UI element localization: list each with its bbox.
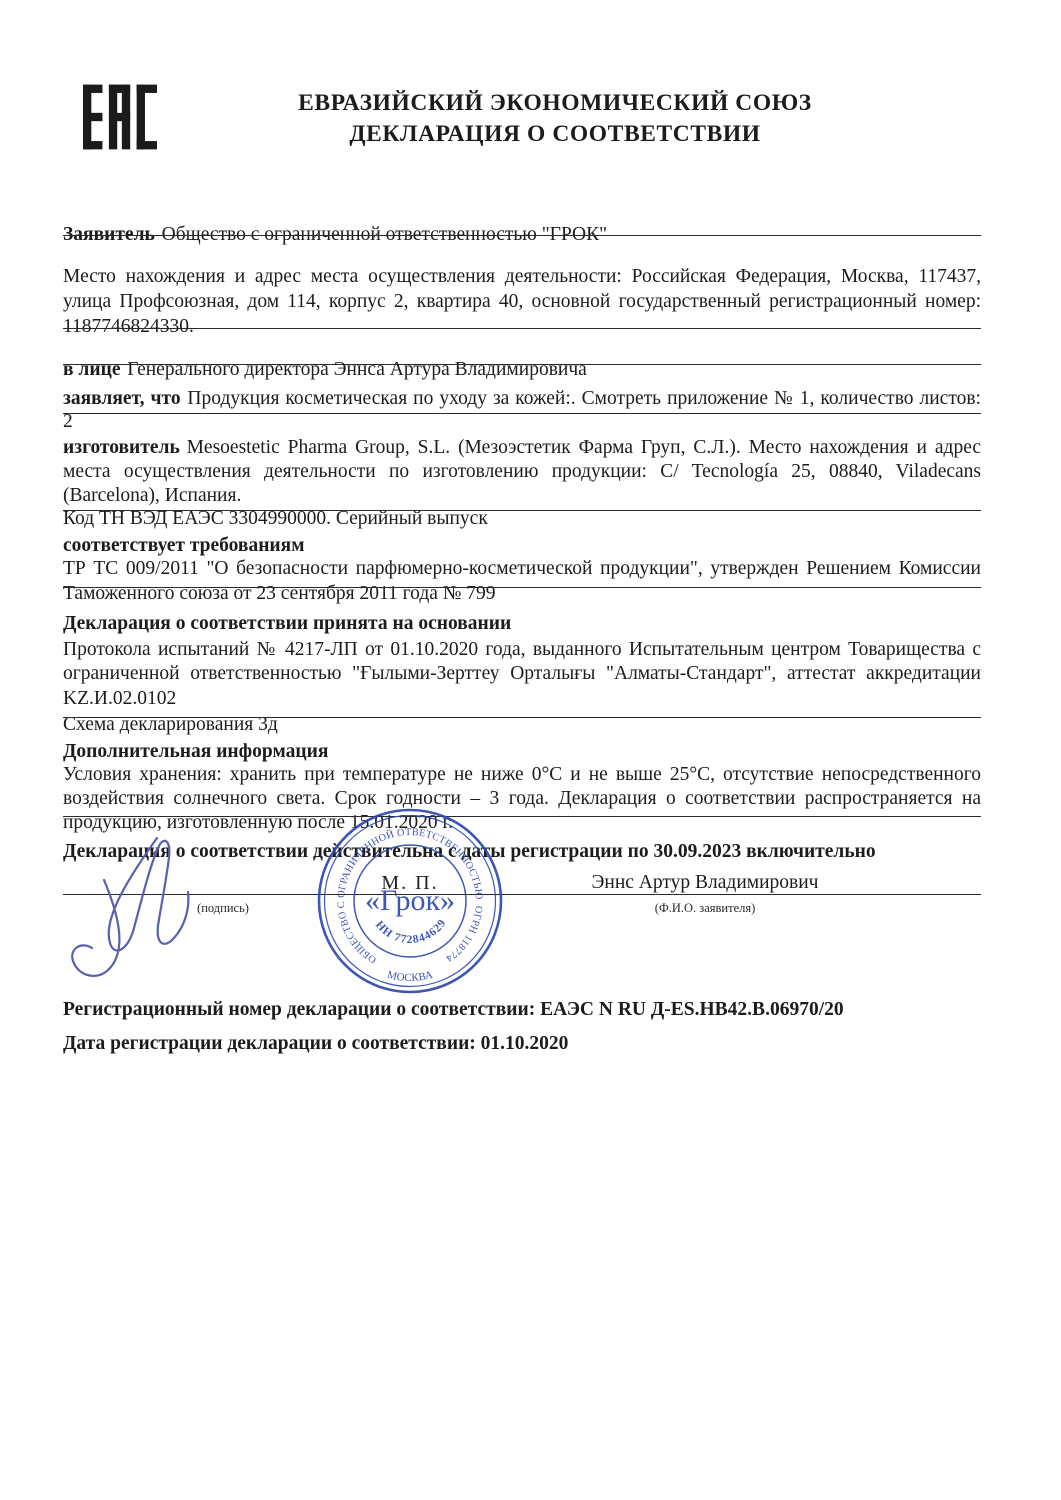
registration-number-label: Регистрационный номер декларации о соотв… [63, 999, 535, 1020]
registration-number-value: ЕАЭС N RU Д-ES.HB42.B.06970/20 [540, 999, 844, 1020]
in-person-line: в лицеГенерального директора Эннса Артур… [63, 357, 981, 382]
scheme-line: Схема декларирования 3д [63, 712, 981, 737]
document-title: ЕВРАЗИЙСКИЙ ЭКОНОМИЧЕСКИЙ СОЮЗ ДЕКЛАРАЦИ… [150, 88, 960, 150]
stamp-center-text: «Грок» [365, 884, 455, 917]
registration-date-line: Дата регистрации декларации о соответств… [63, 1031, 981, 1056]
registration-number-line: Регистрационный номер декларации о соотв… [63, 997, 981, 1022]
name-caption: (Ф.И.О. заявителя) [545, 901, 865, 916]
divider-line [63, 816, 981, 817]
divider-line [63, 587, 981, 588]
additional-heading: Дополнительная информация [63, 739, 981, 764]
basis-heading: Декларация о соответствии принята на осн… [63, 611, 981, 636]
basis-text: Протокола испытаний № 4217-ЛП от 01.10.2… [63, 638, 981, 712]
declaration-document: ЕВРАЗИЙСКИЙ ЭКОНОМИЧЕСКИЙ СОЮЗ ДЕКЛАРАЦИ… [0, 0, 1061, 1500]
applicant-name: Эннс Артур Владимирович [545, 872, 865, 894]
in-person-label: в лице [63, 359, 120, 380]
declares-label: заявляет, что [63, 388, 181, 409]
applicant-line: ЗаявительОбщество с ограниченной ответст… [63, 222, 981, 247]
manufacturer-block: изготовительMesoestetic Pharma Group, S.… [63, 436, 981, 508]
divider-line [63, 413, 981, 414]
declares-value: Продукция косметическая по уходу за коже… [63, 388, 981, 432]
divider-line [63, 328, 981, 329]
applicant-value: Общество с ограниченной ответственностью… [162, 224, 607, 245]
title-line1: ЕВРАЗИЙСКИЙ ЭКОНОМИЧЕСКИЙ СОЮЗ [150, 88, 960, 119]
stamp-inn-text: ИНН 7728446298 [315, 806, 449, 946]
title-line2: ДЕКЛАРАЦИЯ О СООТВЕТСТВИИ [150, 119, 960, 150]
svg-text:МОСКВА: МОСКВА [386, 969, 434, 984]
divider-line [63, 235, 981, 236]
registration-date-value: 01.10.2020 [481, 1033, 569, 1054]
declares-block: заявляет, чтоПродукция косметическая по … [63, 387, 981, 433]
registration-date-label: Дата регистрации декларации о соответств… [63, 1033, 476, 1054]
divider-line [63, 717, 981, 718]
divider-line [63, 364, 981, 365]
svg-text:ИНН 7728446298: ИНН 7728446298 [315, 806, 449, 946]
stamp-city-text: МОСКВА [386, 969, 434, 984]
handwritten-signature [52, 828, 252, 978]
additional-text: Условия хранения: хранить при температур… [63, 763, 981, 835]
complies-heading: соответствует требованиям [63, 533, 981, 558]
company-stamp: ОБЩЕСТВО С ОГРАНИЧЕННОЙ ОТВЕТСТВЕННОСТЬЮ… [315, 806, 505, 996]
manufacturer-label: изготовитель [63, 437, 180, 458]
divider-line [63, 510, 981, 511]
complies-text: ТР ТС 009/2011 "О безопасности парфюмерн… [63, 556, 981, 606]
applicant-label: Заявитель [63, 224, 155, 245]
in-person-value: Генерального директора Эннса Артура Влад… [127, 359, 587, 380]
eac-logo-icon [83, 82, 157, 152]
manufacturer-value: Mesoestetic Pharma Group, S.L. (Мезоэсте… [63, 437, 981, 506]
